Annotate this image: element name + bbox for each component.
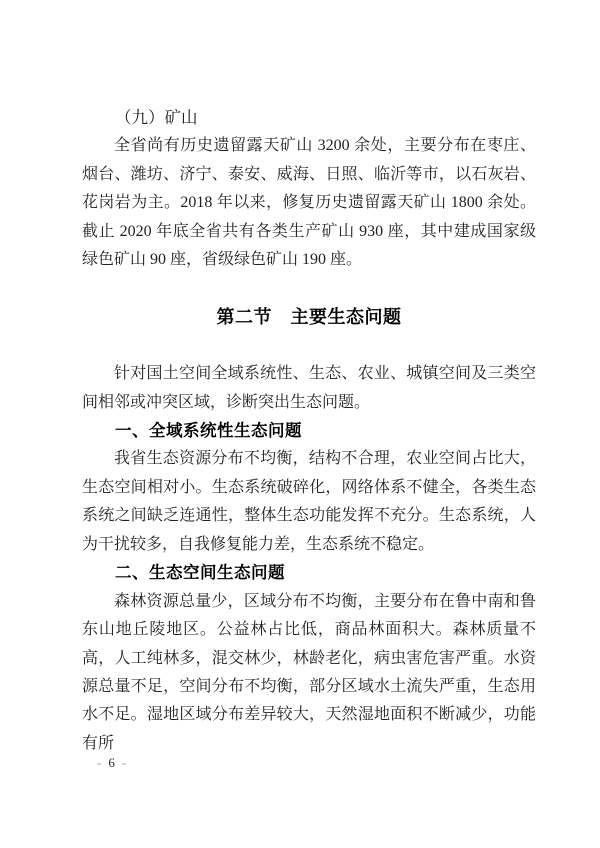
page-number-value: 6 [102, 755, 121, 770]
item-9-heading: （九）矿山 [82, 104, 536, 132]
document-page: （九）矿山 全省尚有历史遗留露天矿山 3200 余处，主要分布在枣庄、烟台、潍坊… [0, 0, 600, 848]
item-9-paragraph: 全省尚有历史遗留露天矿山 3200 余处，主要分布在枣庄、烟台、潍坊、济宁、泰安… [82, 132, 536, 274]
subsection-2-heading: 二、生态空间生态问题 [82, 559, 536, 587]
page-number-right-dash: - [121, 755, 127, 770]
subsection-1-heading: 一、全域系统性生态问题 [82, 417, 536, 445]
section-2-title: 第二节 主要生态问题 [82, 303, 536, 331]
subsection-2-paragraph: 森林资源总量少，区域分布不均衡，主要分布在鲁中南和鲁东山地丘陵地区。公益林占比低… [82, 588, 536, 759]
page-number: -6- [96, 754, 127, 772]
intro-paragraph: 针对国土空间全域系统性、生态、农业、城镇空间及三类空间相邻或冲突区域，诊断突出生… [82, 360, 536, 417]
subsection-1-paragraph: 我省生态资源分布不均衡，结构不合理，农业空间占比大，生态空间相对小。生态系统破碎… [82, 445, 536, 559]
page-body: （九）矿山 全省尚有历史遗留露天矿山 3200 余处，主要分布在枣庄、烟台、潍坊… [0, 0, 600, 758]
